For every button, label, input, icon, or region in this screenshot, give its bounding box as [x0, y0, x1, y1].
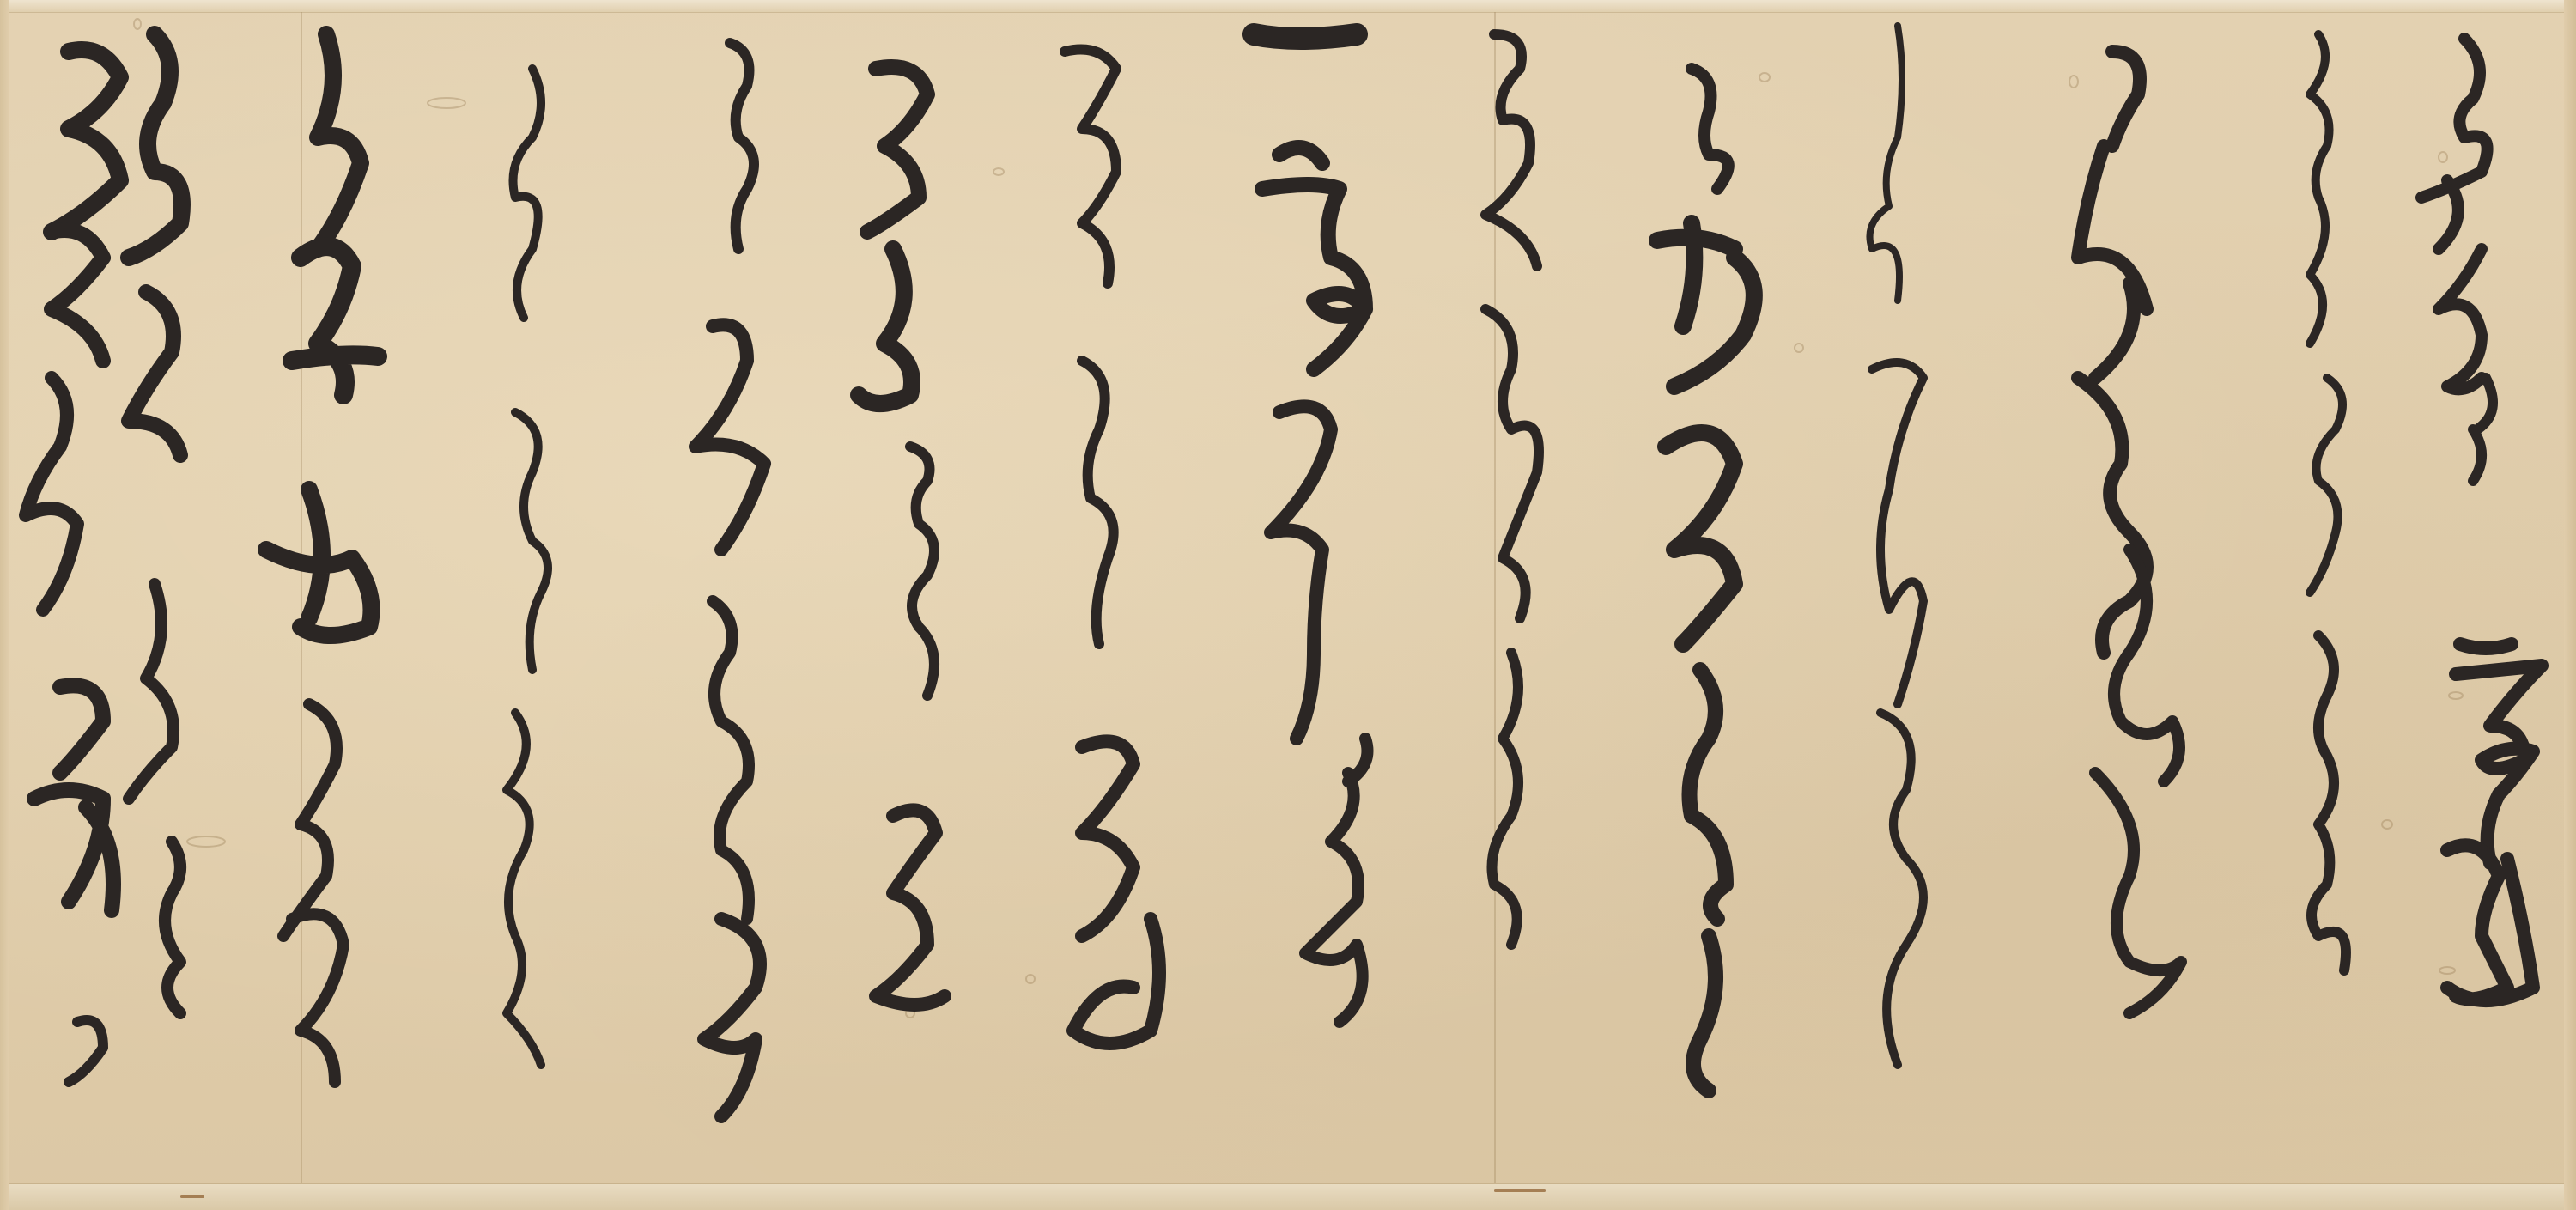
calligraphy-column-8 [1065, 50, 1159, 1044]
calligraphy-column-11 [507, 69, 548, 1065]
paper-sheet: Calligraphy letter in cursive script [0, 0, 2576, 1210]
calligraphy-ink-layer [0, 0, 2576, 1210]
calligraphy-column-3 [2078, 52, 2181, 1013]
calligraphy-column-2 [2310, 34, 2346, 970]
calligraphy-column-1 [2421, 39, 2542, 1000]
calligraphy-column-4 [1870, 26, 1924, 1065]
calligraphy-column-14 [26, 50, 120, 1082]
calligraphy-column-5 [1657, 69, 1754, 1091]
calligraphy-column-10 [696, 43, 764, 1116]
calligraphy-column-13 [129, 34, 182, 1013]
calligraphy-column-9 [859, 67, 945, 1005]
calligraphy-column-7 [1254, 34, 1368, 1022]
calligraphy-column-12 [266, 34, 378, 1082]
calligraphy-column-6 [1485, 34, 1539, 945]
